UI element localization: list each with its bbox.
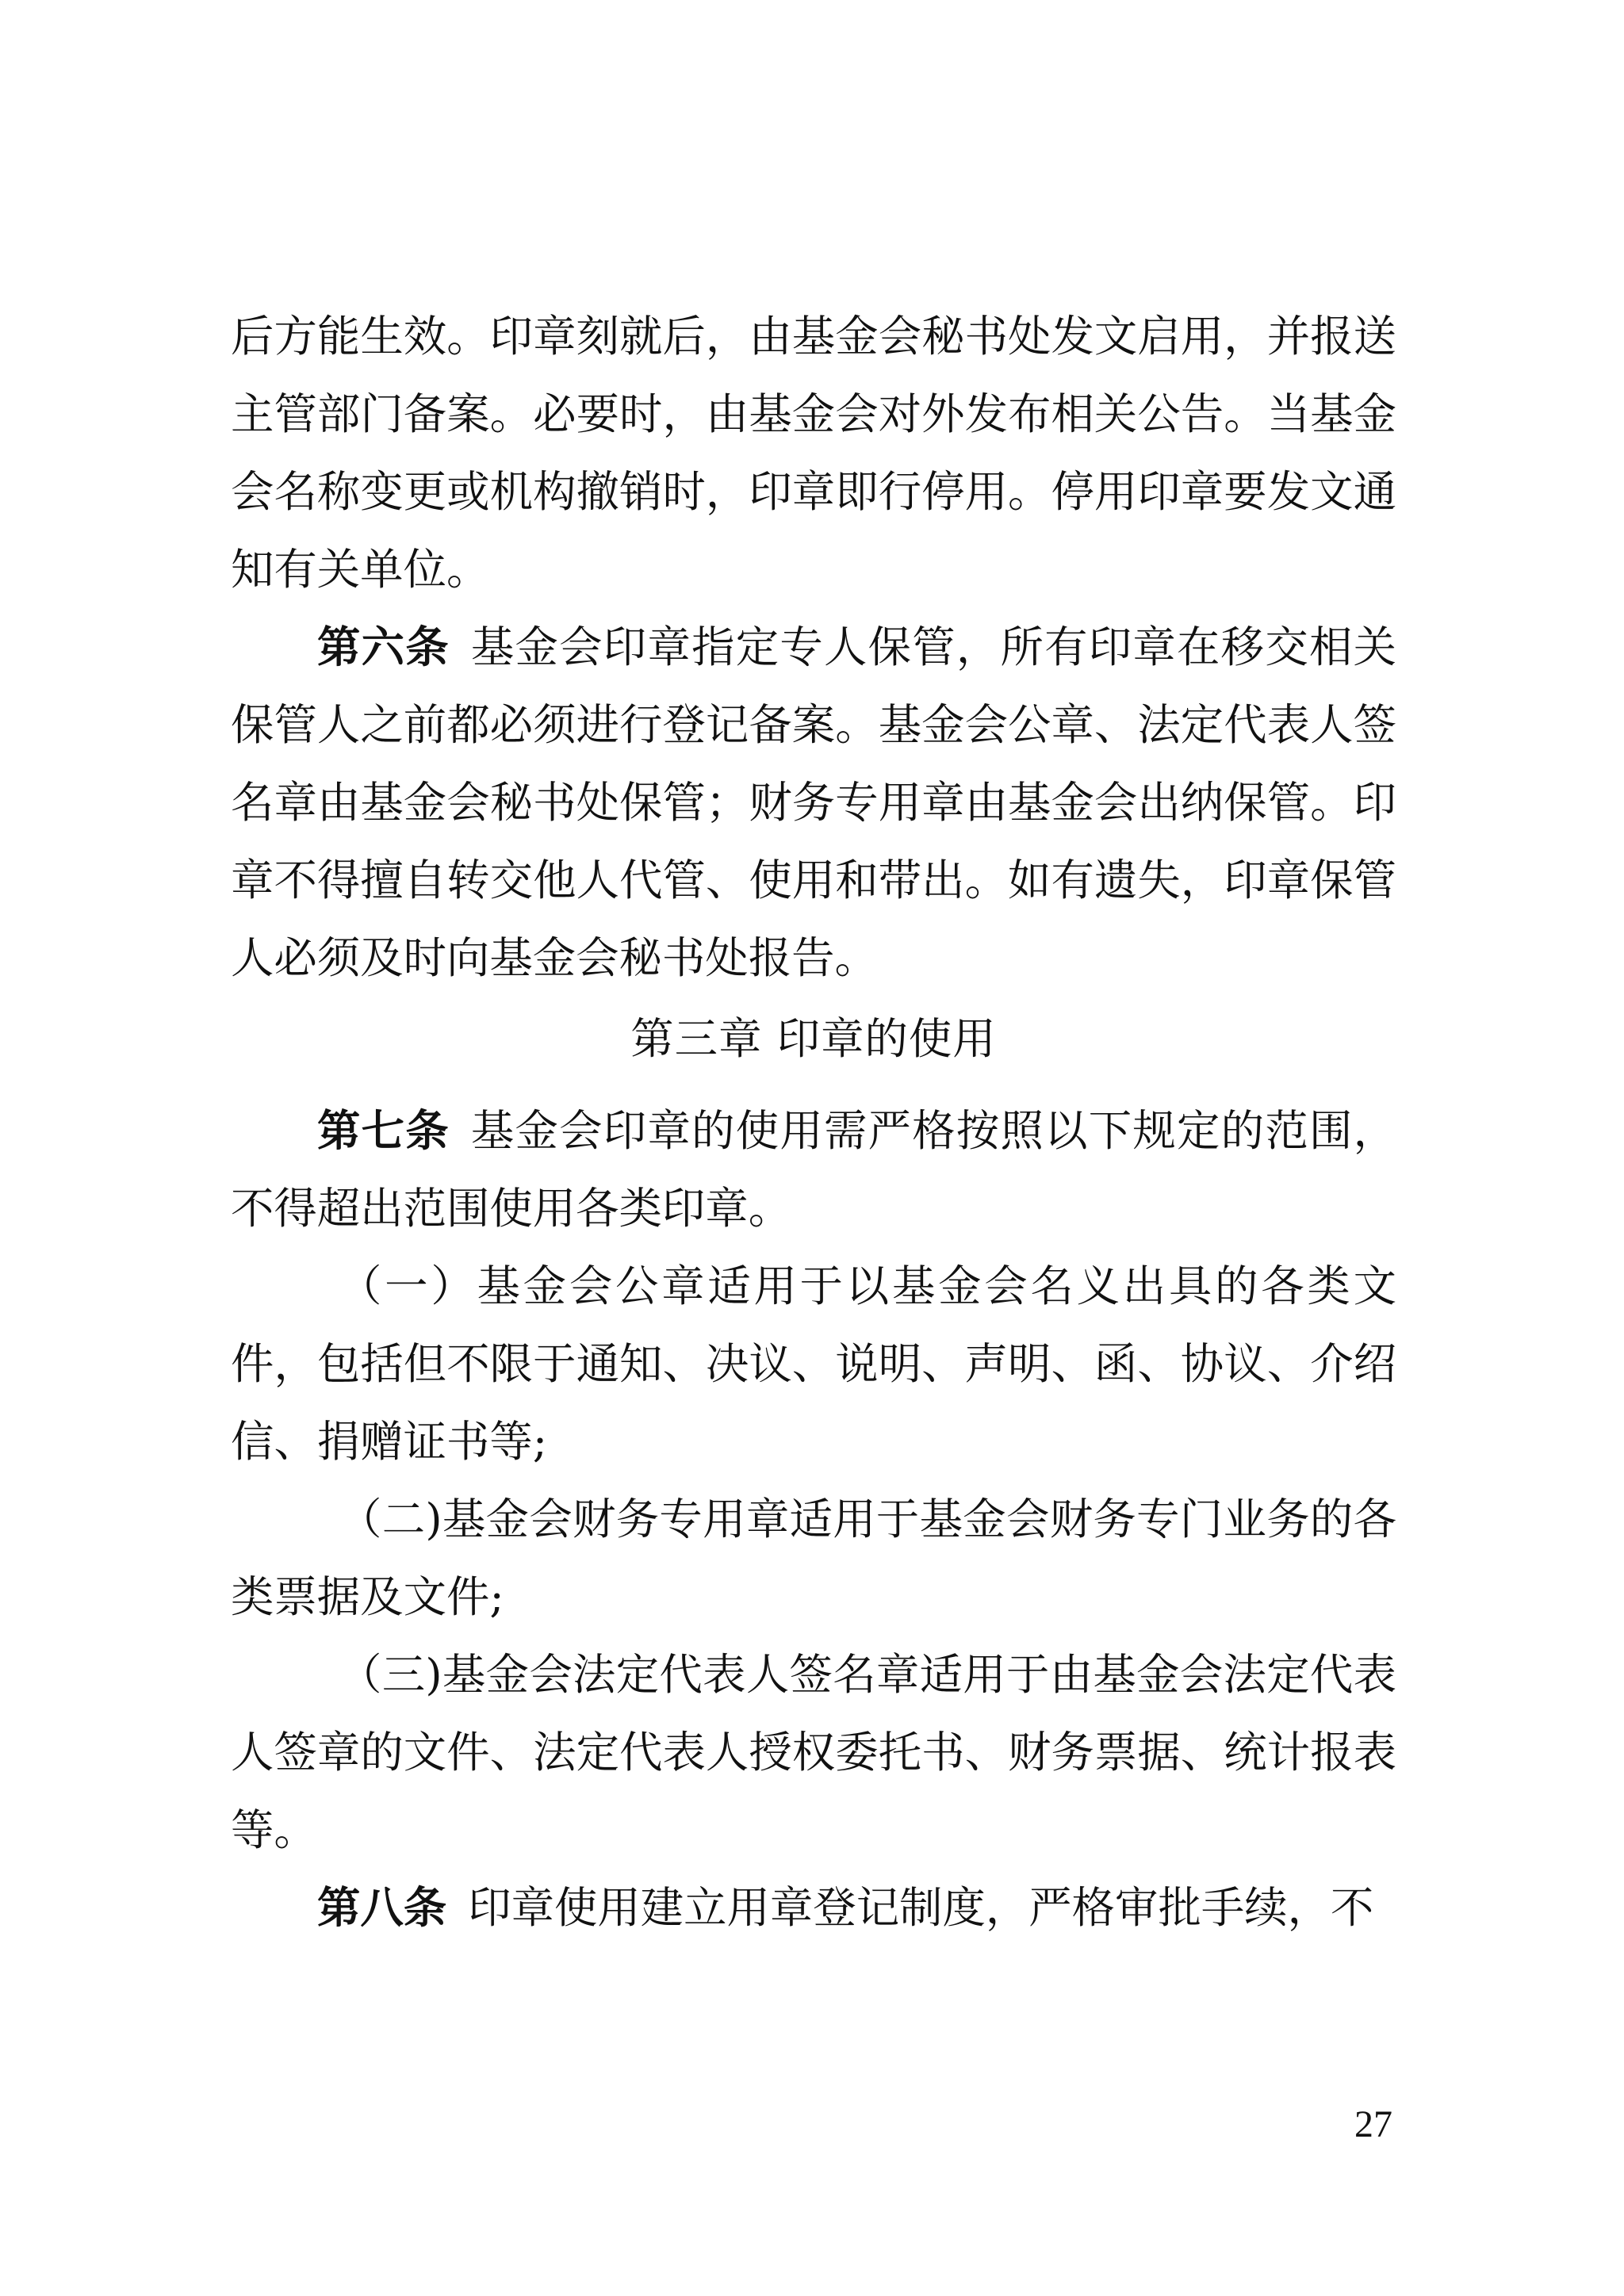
article-7: 第七条基金会印章的使用需严格按照以下规定的范围，不得超出范围使用各类印章。 (231, 1093, 1396, 1248)
article-8: 第八条印章使用建立用章登记制度，严格审批手续，不 (231, 1869, 1396, 1947)
list-item-1: （一）基金会公章适用于以基金会名义出具的各类文件，包括但不限于通知、决议、说明、… (231, 1248, 1396, 1481)
list-item-2: （二)基金会财务专用章适用于基金会财务专门业务的各类票据及文件; (231, 1481, 1396, 1636)
article-label: 第八条 (317, 1883, 446, 1933)
page-number: 27 (1354, 2103, 1392, 2146)
article-label: 第七条 (317, 1106, 450, 1156)
article-label: 第六条 (317, 622, 450, 672)
article-6: 第六条基金会印章指定专人保管，所有印章在移交相关保管人之前都必须进行登记备案。基… (231, 609, 1396, 997)
article-text: 印章使用建立用章登记制度，严格审批手续，不 (468, 1883, 1373, 1933)
list-item-3: （三)基金会法定代表人签名章适用于由基金会法定代表人签章的文件、法定代表人授权委… (231, 1636, 1396, 1869)
chapter-heading: 第三章 印章的使用 (231, 1001, 1396, 1078)
article-text: 基金会印章指定专人保管，所有印章在移交相关保管人之前都必须进行登记备案。基金会公… (231, 622, 1396, 983)
paragraph-continuation: 后方能生效。印章刻就后，由基金会秘书处发文启用，并报送主管部门备案。必要时，由基… (231, 298, 1396, 609)
document-page: 后方能生效。印章刻就后，由基金会秘书处发文启用，并报送主管部门备案。必要时，由基… (231, 298, 1396, 1947)
